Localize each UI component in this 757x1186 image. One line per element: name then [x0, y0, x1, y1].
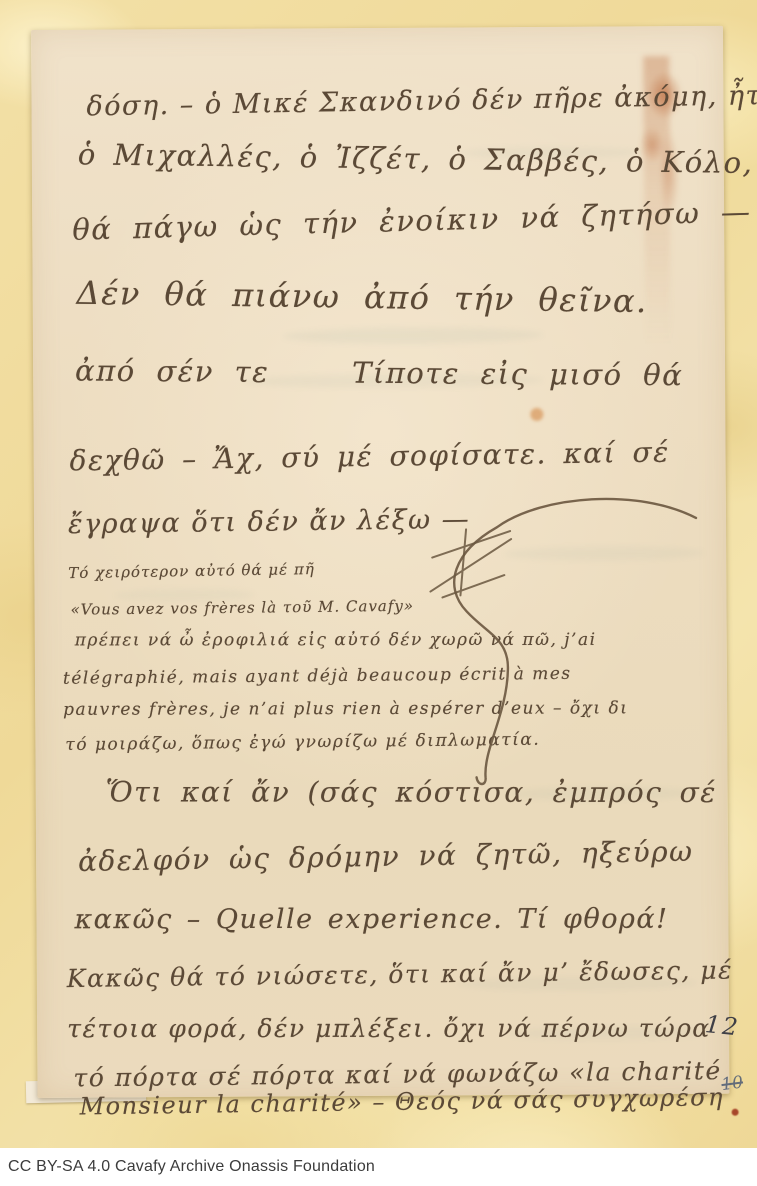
manuscript-line: Τό χειρότερον αὐτό θά μέ πῆ [68, 560, 315, 582]
manuscript-page: δόση. – ὁ Μικέ Σκανδινό δέν πῆρε ἀκόμη, … [31, 26, 730, 1098]
bleed-through-mark [504, 546, 704, 561]
manuscript-line: «Vous avez vos frères là τοῦ Μ. Cavafy» [70, 597, 414, 619]
rust-stain-dot [530, 408, 543, 421]
pencil-page-number: 12 [704, 1010, 741, 1041]
manuscript-line: δεχθῶ – Ἄχ, σύ μέ σοφίσατε. καί σέ [69, 435, 669, 477]
manuscript-line: ἀπό σέν τε Τίποτε εἰς μισό θά [75, 353, 683, 392]
photograph-of-letter: δόση. – ὁ Μικέ Σκανδινό δέν πῆρε ἀκόμη, … [0, 0, 757, 1186]
manuscript-line: télégraphié, mais ayant déjà beaucoup éc… [63, 664, 572, 689]
manuscript-line: pauvres frères, je n’ai plus rien à espé… [63, 698, 628, 719]
manuscript-line: Κακῶς θά τό νιώσετε, ὅτι καί ἄν μ’ ἔδωσε… [67, 955, 734, 993]
manuscript-line: ὁ Μιχαλλές, ὁ Ἰζζέτ, ὁ Σαββές, ὁ Κόλο, [78, 137, 754, 180]
manuscript-line: τό μοιράζω, ὅπως ἐγώ γνωρίζω μέ διπλωματ… [65, 730, 540, 755]
manuscript-line: πρέπει νά ὦ ἐροφιλιά εἰς αὐτό δέν χωρῶ ν… [75, 630, 597, 650]
manuscript-line: τέτοια φορά, δέν μπλέξει. ὄχι νά πέρνω τ… [67, 1014, 711, 1044]
manuscript-line: δόση. – ὁ Μικέ Σκανδινό δέν πῆρε ἀκόμη, … [86, 80, 757, 123]
manuscript-line: Ὅτι καί ἄν (σάς κόστισα, ἐμπρός σέ [106, 775, 717, 809]
license-caption-bar: CC BY-SA 4.0 Cavafy Archive Onassis Foun… [0, 1148, 757, 1186]
license-caption: CC BY-SA 4.0 Cavafy Archive Onassis Foun… [8, 1158, 375, 1176]
struck-out-number: 10 [720, 1072, 744, 1095]
manuscript-line: θά πάγω ὡς τήν ἐνοίκιν νά ζητήσω — [72, 194, 752, 246]
manuscript-line: ἀδελφόν ὡς δρόμην νά ζητῶ, ηξεύρω [78, 835, 694, 878]
bleed-through-mark [283, 327, 543, 345]
manuscript-line: κακῶς – Quelle experience. Τί φθορά! [74, 904, 668, 936]
manuscript-line: ἔγραψα ὅτι δέν ἄν λέξω — [68, 504, 470, 540]
manuscript-line: Δέν θά πιάνω ἀπό τήν θεῖνα. [76, 274, 648, 320]
